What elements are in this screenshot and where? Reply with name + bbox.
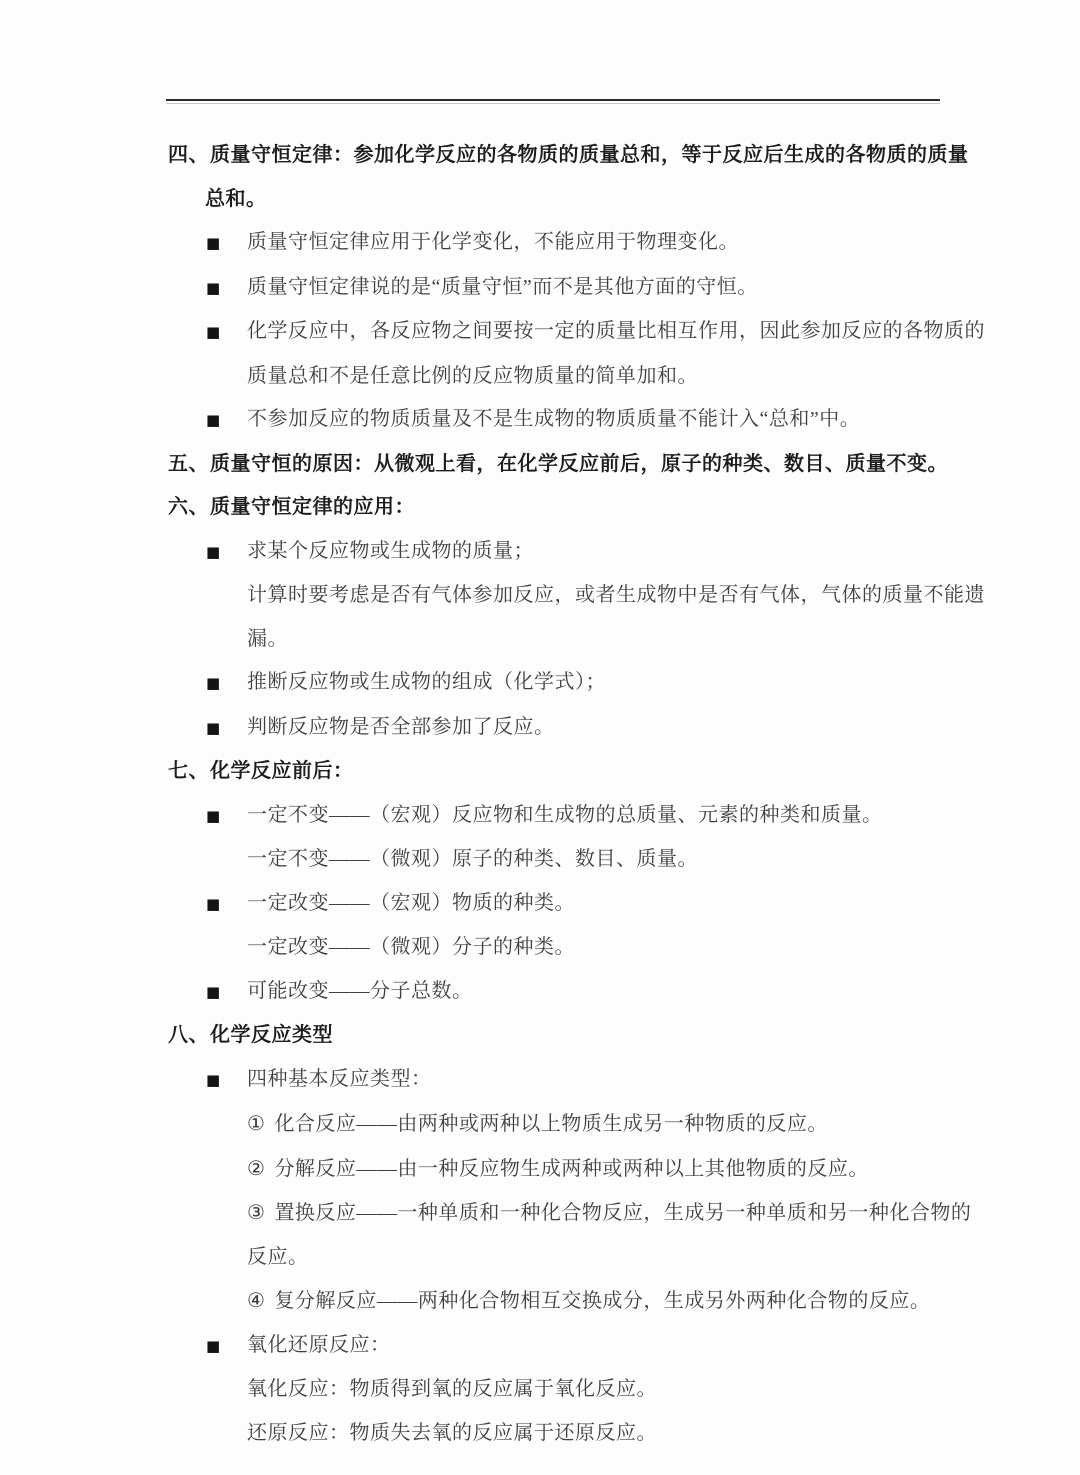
bullet-item: ■求某个反应物或生成物的质量； <box>168 530 940 575</box>
numbered-item-continuation: 反应。 <box>168 1236 940 1280</box>
bullet-item-text: 质量总和不是任意比例的反应物质量的简单加和。 <box>247 365 698 387</box>
bullet-square-icon: ■ <box>206 222 247 266</box>
section-heading: 七、化学反应前后： <box>168 750 940 794</box>
bullet-item: ■一定不变——（宏观）反应物和生成物的总质量、元素的种类和质量。 <box>168 794 940 839</box>
bullet-item-text: 一定改变——（宏观）物质的种类。 <box>247 892 575 914</box>
bullet-item: ■一定改变——（宏观）物质的种类。 <box>168 882 940 927</box>
plain-text: 氧化反应：物质得到氧的反应属于氧化反应。 <box>247 1378 657 1400</box>
section-heading: 六、质量守恒定律的应用： <box>168 486 940 530</box>
bullet-square-icon: ■ <box>206 795 247 839</box>
section: 五、质量守恒的原因：从微观上看，在化学反应前后，原子的种类、数目、质量不变。 <box>168 443 940 487</box>
plain-text: 一定改变——（微观）分子的种类。 <box>247 936 575 958</box>
numbered-item-text: 复分解反应——两种化合物相互交换成分，生成另外两种化合物的反应。 <box>274 1290 930 1312</box>
bullet-item-text: 可能改变——分子总数。 <box>247 980 473 1002</box>
bullet-item: ■质量守恒定律应用于化学变化，不能应用于物理变化。 <box>168 221 940 266</box>
bullet-square-icon: ■ <box>206 883 247 927</box>
circled-number-icon: ① <box>247 1111 265 1135</box>
bullet-square-icon: ■ <box>206 662 247 706</box>
numbered-item: ③置换反应——一种单质和一种化合物反应，生成另一种单质和另一种化合物的 <box>168 1191 940 1236</box>
bullet-item: ■化学反应中，各反应物之间要按一定的质量比相互作用，因此参加反应的各物质的 <box>168 310 940 355</box>
circled-number-icon: ③ <box>247 1200 265 1224</box>
bullet-item: ■推断反应物或生成物的组成（化学式）； <box>168 661 940 706</box>
section-title-text: 总和。 <box>205 188 267 210</box>
plain-text: 漏。 <box>247 628 288 650</box>
bullet-item-text: 化学反应中，各反应物之间要按一定的质量比相互作用，因此参加反应的各物质的 <box>247 320 985 342</box>
bullet-item: ■判断反应物是否全部参加了反应。 <box>168 706 940 751</box>
header-rule-light-line <box>166 103 940 104</box>
numbered-item: ④复分解反应——两种化合物相互交换成分，生成另外两种化合物的反应。 <box>168 1279 940 1324</box>
section-heading: 五、质量守恒的原因：从微观上看，在化学反应前后，原子的种类、数目、质量不变。 <box>168 443 940 487</box>
section-heading: 八、化学反应类型 <box>168 1014 940 1058</box>
section: 六、质量守恒定律的应用：■求某个反应物或生成物的质量；计算时要考虑是否有气体参加… <box>168 486 940 750</box>
document-page: 四、质量守恒定律：参加化学反应的各物质的质量总和，等于反应后生成的各物质的质量总… <box>0 0 1080 1475</box>
numbered-item-text: 反应。 <box>247 1246 309 1268</box>
plain-text-line: 漏。 <box>168 618 940 662</box>
bullet-item-text: 质量守恒定律说的是“质量守恒”而不是其他方面的守恒。 <box>247 276 758 298</box>
numbered-item-text: 置换反应——一种单质和一种化合物反应，生成另一种单质和另一种化合物的 <box>274 1202 971 1224</box>
bullet-square-icon: ■ <box>206 311 247 355</box>
plain-text: 一定不变——（微观）原子的种类、数目、质量。 <box>247 848 698 870</box>
bullet-item-text: 判断反应物是否全部参加了反应。 <box>247 716 555 738</box>
circled-number-icon: ② <box>247 1156 265 1180</box>
header-rule-dark-line <box>166 99 940 101</box>
document-content: 四、质量守恒定律：参加化学反应的各物质的质量总和，等于反应后生成的各物质的质量总… <box>168 134 940 1455</box>
bullet-item-text: 氧化还原反应： <box>247 1334 391 1356</box>
bullet-square-icon: ■ <box>206 971 247 1015</box>
bullet-item-text: 不参加反应的物质质量及不是生成物的物质质量不能计入“总和”中。 <box>247 408 860 430</box>
plain-text-line: 还原反应：物质失去氧的反应属于还原反应。 <box>168 1412 940 1456</box>
bullet-item-text: 推断反应物或生成物的组成（化学式）； <box>247 671 606 693</box>
numbered-item: ②分解反应——由一种反应物生成两种或两种以上其他物质的反应。 <box>168 1147 940 1192</box>
section-title-text: 化学反应类型 <box>210 1024 333 1046</box>
section: 四、质量守恒定律：参加化学反应的各物质的质量总和，等于反应后生成的各物质的质量总… <box>168 134 940 443</box>
section-heading: 四、质量守恒定律：参加化学反应的各物质的质量总和，等于反应后生成的各物质的质量 <box>168 134 940 178</box>
bullet-item-text: 求某个反应物或生成物的质量； <box>247 540 534 562</box>
circled-number-icon: ④ <box>247 1288 265 1312</box>
section-number: 四、 <box>168 144 209 166</box>
bullet-square-icon: ■ <box>206 267 247 311</box>
section-number: 八、 <box>168 1024 209 1046</box>
section-number: 七、 <box>168 760 209 782</box>
plain-text: 计算时要考虑是否有气体参加反应，或者生成物中是否有气体，气体的质量不能遗 <box>247 584 985 606</box>
bullet-item-text: 四种基本反应类型： <box>247 1068 432 1090</box>
section: 七、化学反应前后：■一定不变——（宏观）反应物和生成物的总质量、元素的种类和质量… <box>168 750 940 1014</box>
section-title-text: 质量守恒的原因：从微观上看，在化学反应前后，原子的种类、数目、质量不变。 <box>210 453 948 475</box>
bullet-square-icon: ■ <box>206 399 247 443</box>
plain-text-line: 一定不变——（微观）原子的种类、数目、质量。 <box>168 838 940 882</box>
bullet-square-icon: ■ <box>206 1059 247 1103</box>
numbered-item-text: 分解反应——由一种反应物生成两种或两种以上其他物质的反应。 <box>274 1158 869 1180</box>
numbered-item-text: 化合反应——由两种或两种以上物质生成另一种物质的反应。 <box>274 1113 828 1135</box>
plain-text-line: 一定改变——（微观）分子的种类。 <box>168 926 940 970</box>
bullet-item-continuation: 质量总和不是任意比例的反应物质量的简单加和。 <box>168 355 940 399</box>
bullet-item: ■氧化还原反应： <box>168 1324 940 1369</box>
numbered-item: ①化合反应——由两种或两种以上物质生成另一种物质的反应。 <box>168 1102 940 1147</box>
plain-text-line: 计算时要考虑是否有气体参加反应，或者生成物中是否有气体，气体的质量不能遗 <box>168 574 940 618</box>
section-title-text: 质量守恒定律的应用： <box>210 496 415 518</box>
section-number: 六、 <box>168 496 209 518</box>
section-title-text: 质量守恒定律：参加化学反应的各物质的质量总和，等于反应后生成的各物质的质量 <box>210 144 969 166</box>
bullet-item-text: 质量守恒定律应用于化学变化，不能应用于物理变化。 <box>247 231 739 253</box>
bullet-item: ■可能改变——分子总数。 <box>168 970 940 1015</box>
plain-text: 还原反应：物质失去氧的反应属于还原反应。 <box>247 1422 657 1444</box>
bullet-item: ■四种基本反应类型： <box>168 1058 940 1103</box>
bullet-item: ■不参加反应的物质质量及不是生成物的物质质量不能计入“总和”中。 <box>168 398 940 443</box>
section-number: 五、 <box>168 453 209 475</box>
plain-text-line: 氧化反应：物质得到氧的反应属于氧化反应。 <box>168 1368 940 1412</box>
bullet-item: ■质量守恒定律说的是“质量守恒”而不是其他方面的守恒。 <box>168 266 940 311</box>
section-title-text: 化学反应前后： <box>210 760 354 782</box>
bullet-square-icon: ■ <box>206 1325 247 1369</box>
bullet-square-icon: ■ <box>206 707 247 751</box>
header-rule <box>166 99 940 104</box>
section: 八、化学反应类型■四种基本反应类型：①化合反应——由两种或两种以上物质生成另一种… <box>168 1014 940 1455</box>
bullet-item-text: 一定不变——（宏观）反应物和生成物的总质量、元素的种类和质量。 <box>247 804 883 826</box>
section-heading-continuation: 总和。 <box>168 178 940 222</box>
bullet-square-icon: ■ <box>206 531 247 575</box>
